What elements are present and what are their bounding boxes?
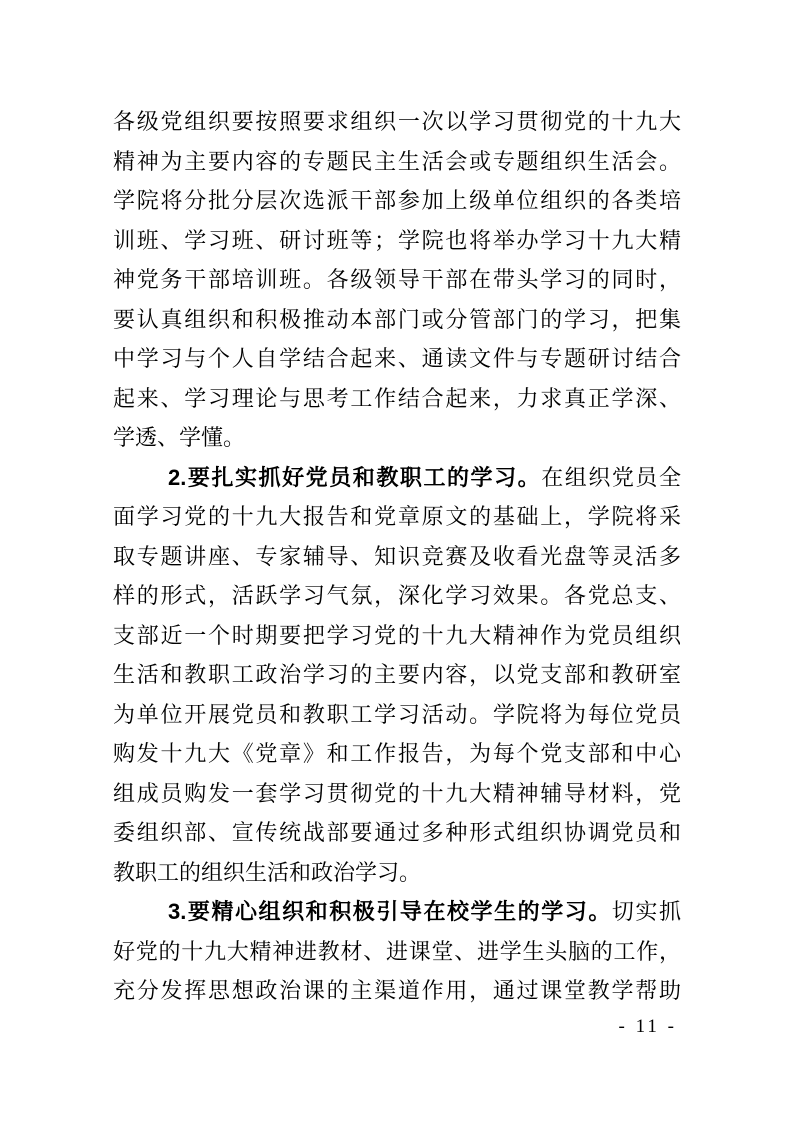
page-number: - 11 - <box>619 1016 677 1038</box>
text-segment: 好党的十九大精神进教材、进课堂、进学生头脑的工作， <box>113 939 681 964</box>
text-line-10: 2.要扎实抓好党员和教职工的学习。在组织党员全 <box>113 458 681 498</box>
text-line-21: 3.要精心组织和积极引导在校学生的学习。切实抓 <box>113 892 681 932</box>
text-segment: 在组织党员全 <box>541 465 681 490</box>
text-line-8: 起来、学习理论与思考工作结合起来，力求真正学深、 <box>113 379 681 419</box>
bold-text-segment: 2.要扎实抓好党员和教职工的学习。 <box>168 465 541 490</box>
text-segment: 起来、学习理论与思考工作结合起来，力求真正学深、 <box>113 386 681 411</box>
text-line-14: 支部近一个时期要把学习党的十九大精神作为党员组织 <box>113 616 681 656</box>
text-segment: 训班、学习班、研讨班等；学院也将举办学习十九大精 <box>113 228 681 253</box>
text-line-22: 好党的十九大精神进教材、进课堂、进学生头脑的工作， <box>113 932 681 972</box>
text-line-15: 生活和教职工政治学习的主要内容，以党支部和教研室 <box>113 655 681 695</box>
bold-text-segment: 3.要精心组织和积极引导在校学生的学习。 <box>168 899 612 924</box>
text-segment: 要认真组织和积极推动本部门或分管部门的学习，把集 <box>113 307 681 332</box>
text-segment: 面学习党的十九大报告和党章原文的基础上，学院将采 <box>113 504 681 529</box>
text-segment: 组成员购发一套学习贯彻党的十九大精神辅导材料，党 <box>113 781 681 806</box>
text-line-4: 训班、学习班、研讨班等；学院也将举办学习十九大精 <box>113 221 681 261</box>
text-line-9: 学透、学懂。 <box>113 418 681 458</box>
text-line-2: 精神为主要内容的专题民主生活会或专题组织生活会。 <box>113 142 681 182</box>
text-line-16: 为单位开展党员和教职工学习活动。学院将为每位党员 <box>113 695 681 735</box>
text-line-11: 面学习党的十九大报告和党章原文的基础上，学院将采 <box>113 497 681 537</box>
text-line-18: 组成员购发一套学习贯彻党的十九大精神辅导材料，党 <box>113 774 681 814</box>
text-segment: 样的形式，活跃学习气氛，深化学习效果。各党总支、 <box>113 583 681 608</box>
text-segment: 生活和教职工政治学习的主要内容，以党支部和教研室 <box>113 662 681 687</box>
text-segment: 中学习与个人自学结合起来、通读文件与专题研讨结合 <box>113 346 681 371</box>
text-segment: 取专题讲座、专家辅导、知识竞赛及收看光盘等灵活多 <box>113 544 681 569</box>
text-segment: 学透、学懂。 <box>113 425 245 450</box>
text-line-3: 学院将分批分层次选派干部参加上级单位组织的各类培 <box>113 181 681 221</box>
text-line-12: 取专题讲座、专家辅导、知识竞赛及收看光盘等灵活多 <box>113 537 681 577</box>
text-segment: 学院将分批分层次选派干部参加上级单位组织的各类培 <box>113 188 681 213</box>
text-segment: 神党务干部培训班。各级领导干部在带头学习的同时， <box>113 267 681 292</box>
text-segment: 教职工的组织生活和政治学习。 <box>113 860 421 885</box>
text-line-13: 样的形式，活跃学习气氛，深化学习效果。各党总支、 <box>113 576 681 616</box>
text-segment: 委组织部、宣传统战部要通过多种形式组织协调党员和 <box>113 820 681 845</box>
text-segment: 购发十九大《党章》和工作报告，为每个党支部和中心 <box>113 741 681 766</box>
text-line-19: 委组织部、宣传统战部要通过多种形式组织协调党员和 <box>113 813 681 853</box>
text-segment: 为单位开展党员和教职工学习活动。学院将为每位党员 <box>113 702 681 727</box>
text-line-1: 各级党组织要按照要求组织一次以学习贯彻党的十九大 <box>113 102 681 142</box>
body-text: 各级党组织要按照要求组织一次以学习贯彻党的十九大精神为主要内容的专题民主生活会或… <box>113 102 681 1011</box>
text-segment: 精神为主要内容的专题民主生活会或专题组织生活会。 <box>113 149 681 174</box>
text-line-6: 要认真组织和积极推动本部门或分管部门的学习，把集 <box>113 300 681 340</box>
text-line-17: 购发十九大《党章》和工作报告，为每个党支部和中心 <box>113 734 681 774</box>
text-segment: 各级党组织要按照要求组织一次以学习贯彻党的十九大 <box>113 109 681 134</box>
text-line-7: 中学习与个人自学结合起来、通读文件与专题研讨结合 <box>113 339 681 379</box>
text-line-5: 神党务干部培训班。各级领导干部在带头学习的同时， <box>113 260 681 300</box>
document-page: 各级党组织要按照要求组织一次以学习贯彻党的十九大精神为主要内容的专题民主生活会或… <box>0 0 793 1122</box>
text-segment: 切实抓 <box>612 899 681 924</box>
text-segment: 支部近一个时期要把学习党的十九大精神作为党员组织 <box>113 623 681 648</box>
text-line-20: 教职工的组织生活和政治学习。 <box>113 853 681 893</box>
text-segment: 充分发挥思想政治课的主渠道作用，通过课堂教学帮助 <box>113 978 681 1003</box>
text-line-23: 充分发挥思想政治课的主渠道作用，通过课堂教学帮助 <box>113 971 681 1011</box>
